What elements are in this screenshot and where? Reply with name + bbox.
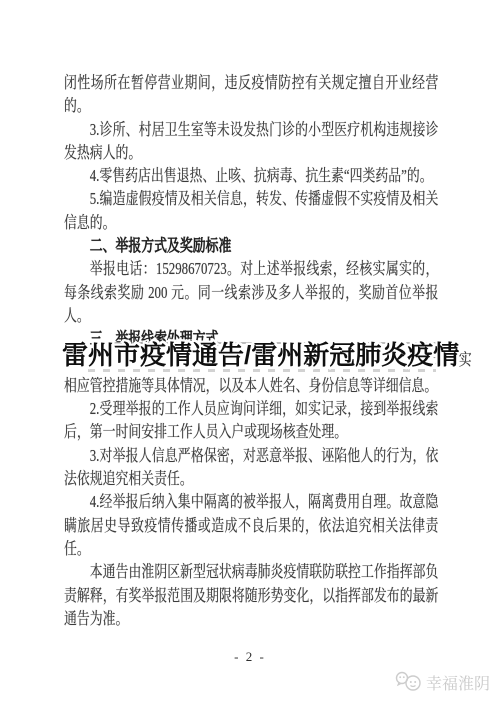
paragraph: 3.对举报人信息严格保密，对恶意举报、诬陷他人的行为，依法依规追究相关责任。 bbox=[64, 444, 438, 491]
caption-overlay-title: 雷州市疫情通告/雷州新冠肺炎疫情 bbox=[62, 338, 459, 372]
covered-paragraph-second-line: 相应管控措施等具体情况，以及本人姓名、身份信息等详细信息。 bbox=[64, 376, 437, 395]
paragraph: 举报电话：15298670723。对上述举报线索，经核实属实的，每条线索奖励 2… bbox=[64, 257, 438, 327]
watermark-label: 幸福淮阴 bbox=[426, 671, 490, 694]
paragraph: 3.诊所、村居卫生室等未设发热门诊的小型医疗机构违规接诊发热病人的。 bbox=[64, 118, 438, 165]
paragraph: 2.受理举报的工作人员应询问详细，如实记录，接到举报线索后，第一时间安排工作人员… bbox=[64, 397, 438, 444]
watermark: 幸福淮阴 bbox=[394, 670, 490, 694]
page-number: - 2 - bbox=[0, 649, 500, 665]
paragraph: 闭性场所在暂停营业期间，违反疫情防控有关规定擅自开业经营的。 bbox=[64, 71, 438, 118]
section-heading-2: 二、举报方式及奖励标准 bbox=[64, 234, 438, 257]
paragraph: 4.经举报后纳入集中隔离的被举报人，隔离费用自理。故意隐瞒旅居史导致疫情传播或造… bbox=[64, 490, 438, 560]
paragraph: 本通告由淮阴区新型冠状病毒肺炎疫情联防联控工作指挥部负责解释，有奖举报范围及期限… bbox=[64, 560, 438, 630]
paragraph: 4.零售药店出售退热、止咳、抗病毒、抗生素“四类药品”的。 bbox=[64, 164, 438, 187]
paragraph: 5.编造虚假疫情及相关信息，转发、传播虚假不实疫情及相关信息的。 bbox=[64, 187, 438, 234]
chat-bubbles-face-logo-icon bbox=[394, 670, 422, 694]
